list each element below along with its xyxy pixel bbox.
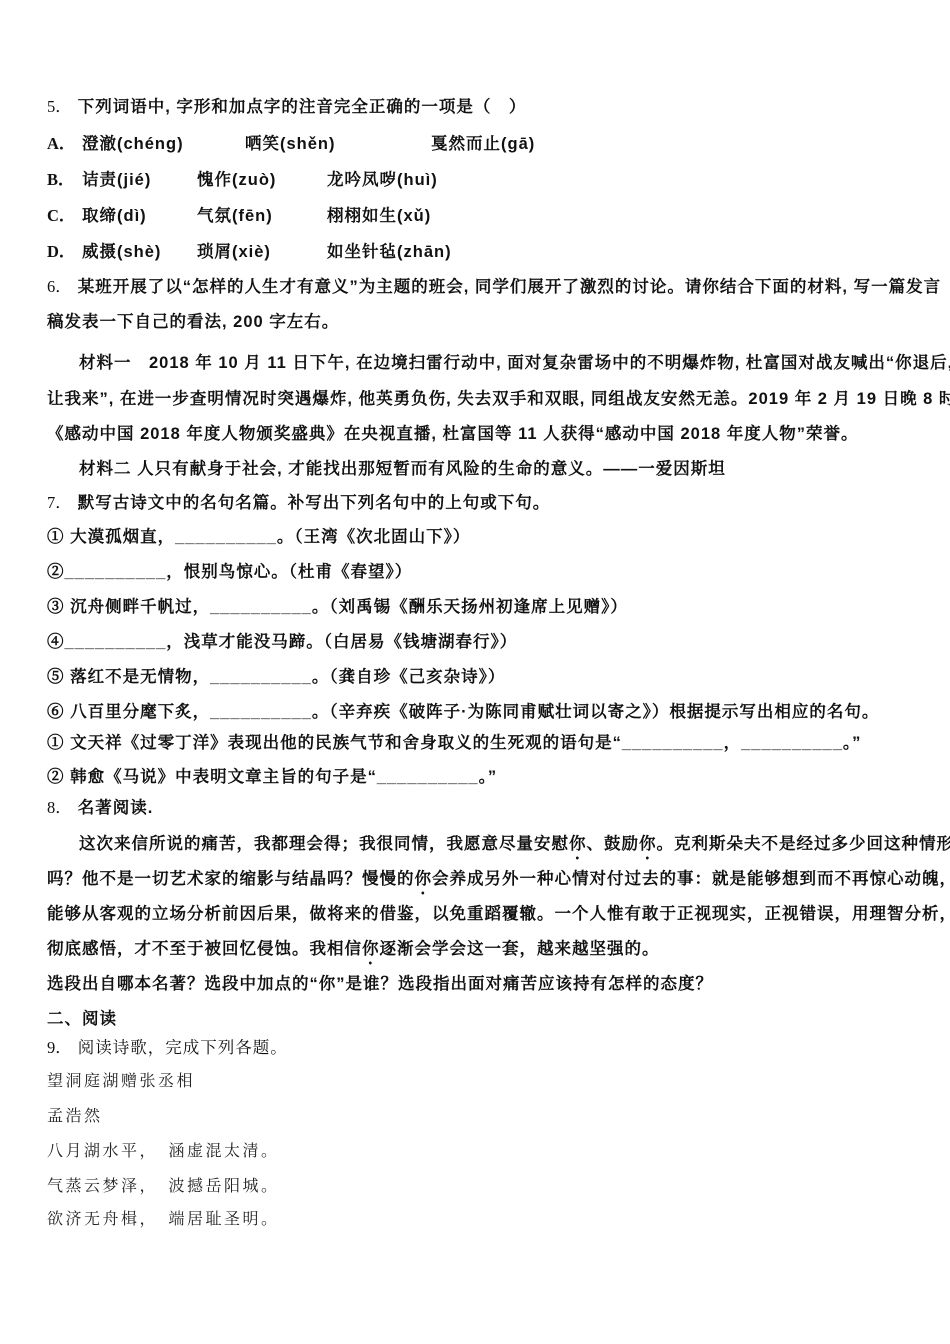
question-8-title: 名著阅读. [78,799,154,817]
q7-item-1: ① 大漠孤烟直，__________。（王湾《次北固山下》） [47,526,470,548]
question-8-number: 8． [47,798,72,817]
question-9-header: 9．阅读诗歌，完成下列各题。 [47,1037,288,1059]
q5-option-c-item-2: 气氛(fēn) [197,205,327,227]
q8-question: 选段出自哪本名著？选段中加点的“你”是谁？选段指出面对痛苦应该持有怎样的态度？ [47,973,713,995]
q7-hint-1: ① 文天祥《过零丁洋》表现出他的民族气节和舍身取义的生死观的语句是“______… [47,732,861,754]
q7-item-6: ⑥ 八百里分麾下炙，__________。（辛弃疾《破阵子·为陈同甫赋壮词以寄之… [47,701,879,723]
question-5-header: 5．下列词语中, 字形和加点字的注音完全正确的一项是（ ） [47,96,526,118]
q8-excerpt-text: 。克利斯朵夫不是经过多少回这种情形 [657,835,950,853]
question-6-number: 6． [47,277,72,296]
q5-option-row-a: A．澄澈(chéng)哂笑(shěn)戛然而止(gā) [47,133,535,155]
q7-item-4: ④__________，浅草才能没马蹄。（白居易《钱塘湖春行》） [47,631,517,653]
q7-item-2: ②__________，恨别鸟惊心。（杜甫《春望》） [47,561,412,583]
q8-emphasized-you: 你 [415,869,433,888]
q8-excerpt-text: 、鼓励 [587,835,640,853]
q8-excerpt-text: 吗？他不是一切艺术家的缩影与结晶吗？慢慢的 [47,870,415,888]
q6-material1-line1: 材料一 2018 年 10 月 11 日下午, 在边境扫雷行动中, 面对复杂雷场… [79,352,950,374]
q5-option-row-c: C．取缔(dì)气氛(fēn)栩栩如生(xǔ) [47,205,431,227]
question-5-number: 5． [47,97,72,116]
q5-option-b-item-2: 愧作(zuò) [197,169,327,191]
poem-line-3: 欲济无舟楫， 端居耻圣明。 [47,1208,280,1230]
q8-excerpt-text: 彻底感悟，才不至于被回忆侵蚀。我相信 [47,940,362,958]
q5-option-a-item-1: 澄澈(chéng) [82,133,245,155]
exam-paper-page: 5．下列词语中, 字形和加点字的注音完全正确的一项是（ ） A．澄澈(chéng… [0,0,950,1344]
q5-option-a-item-3: 戛然而止(gā) [431,133,535,155]
q5-option-row-b: B．诘责(jié)愧作(zuò)龙吟凤哕(huì) [47,169,438,191]
q8-excerpt-line3: 能够从客观的立场分析前因后果，做将来的借鉴，以免重蹈覆辙。一个人惟有敢于正视现实… [47,903,950,925]
q6-material2: 材料二 人只有献身于社会, 才能找出那短暂而有风险的生命的意义。——一爱因斯坦 [79,458,726,480]
q5-option-d-item-3: 如坐针毡(zhān) [327,241,452,263]
q5-option-b-label: B． [47,169,82,191]
question-9-prompt: 阅读诗歌，完成下列各题。 [78,1038,288,1057]
question-7-header: 7．默写古诗文中的名句名篇。补写出下列名句中的上句或下句。 [47,492,550,514]
question-8-header: 8．名著阅读. [47,797,153,819]
q7-item-5: ⑤ 落红不是无情物，__________。（龚自珍《己亥杂诗》） [47,666,505,688]
question-5-prompt: 下列词语中, 字形和加点字的注音完全正确的一项是（ ） [78,98,527,116]
q8-emphasized-you: 你 [569,834,587,853]
q5-option-d-label: D． [47,241,82,263]
q6-material1-line2: 让我来”, 在进一步查明情况时突遇爆炸, 他英勇负伤, 失去双手和双眼, 同组战… [47,388,950,410]
q8-excerpt-text: 会养成另外一种心情对付过去的事：就是能够想到而不再惊心动魄， [432,870,950,888]
section-2-title: 二、阅读 [47,1008,117,1030]
q8-excerpt-text: 这次来信所说的痛苦，我都理会得；我很同情，我愿意尽量安慰 [79,835,569,853]
poem-line-2: 气蒸云梦泽， 波撼岳阳城。 [47,1175,280,1197]
question-6-prompt-line1: 某班开展了以“怎样的人生才有意义”为主题的班会, 同学们展开了激烈的讨论。请你结… [78,278,941,296]
question-6-prompt-line2: 稿发表一下自己的看法, 200 字左右。 [47,311,339,333]
q6-material1-line3: 《感动中国 2018 年度人物颁奖盛典》在央视直播, 杜富国等 11 人获得“感… [47,423,859,445]
question-6-header: 6．某班开展了以“怎样的人生才有意义”为主题的班会, 同学们展开了激烈的讨论。请… [47,276,941,298]
q5-option-c-label: C． [47,205,82,227]
q5-option-a-item-2: 哂笑(shěn) [245,133,431,155]
q8-excerpt-line1: 这次来信所说的痛苦，我都理会得；我很同情，我愿意尽量安慰你、鼓励你。克利斯朵夫不… [79,833,950,863]
q5-option-a-label: A． [47,133,82,155]
q5-option-d-item-1: 威摄(shè) [82,241,197,263]
q5-option-c-item-1: 取缔(dì) [82,205,197,227]
q8-excerpt-line2: 吗？他不是一切艺术家的缩影与结晶吗？慢慢的你会养成另外一种心情对付过去的事：就是… [47,868,950,898]
q5-option-d-item-2: 琐屑(xiè) [197,241,327,263]
q5-option-row-d: D．威摄(shè)琐屑(xiè)如坐针毡(zhān) [47,241,452,263]
q8-excerpt-line4: 彻底感悟，才不至于被回忆侵蚀。我相信你逐渐会学会这一套，越来越坚强的。 [47,938,660,968]
question-7-number: 7． [47,493,72,512]
q7-hint-2: ② 韩愈《马说》中表明文章主旨的句子是“__________。” [47,766,497,788]
q5-option-c-item-3: 栩栩如生(xǔ) [327,205,431,227]
poem-author: 孟浩然 [47,1105,103,1127]
q5-option-b-item-3: 龙吟凤哕(huì) [327,169,438,191]
question-7-prompt: 默写古诗文中的名句名篇。补写出下列名句中的上句或下句。 [78,494,551,512]
q5-option-b-item-1: 诘责(jié) [82,169,197,191]
poem-title: 望洞庭湖赠张丞相 [47,1070,195,1092]
question-9-number: 9． [47,1038,72,1057]
q7-item-3: ③ 沉舟侧畔千帆过，__________。（刘禹锡《酬乐天扬州初逢席上见赠》） [47,596,628,618]
q8-emphasized-you: 你 [362,939,380,958]
poem-line-1: 八月湖水平， 涵虚混太清。 [47,1140,280,1162]
q8-emphasized-you: 你 [639,834,657,853]
q8-excerpt-text: 逐渐会学会这一套，越来越坚强的。 [380,940,660,958]
